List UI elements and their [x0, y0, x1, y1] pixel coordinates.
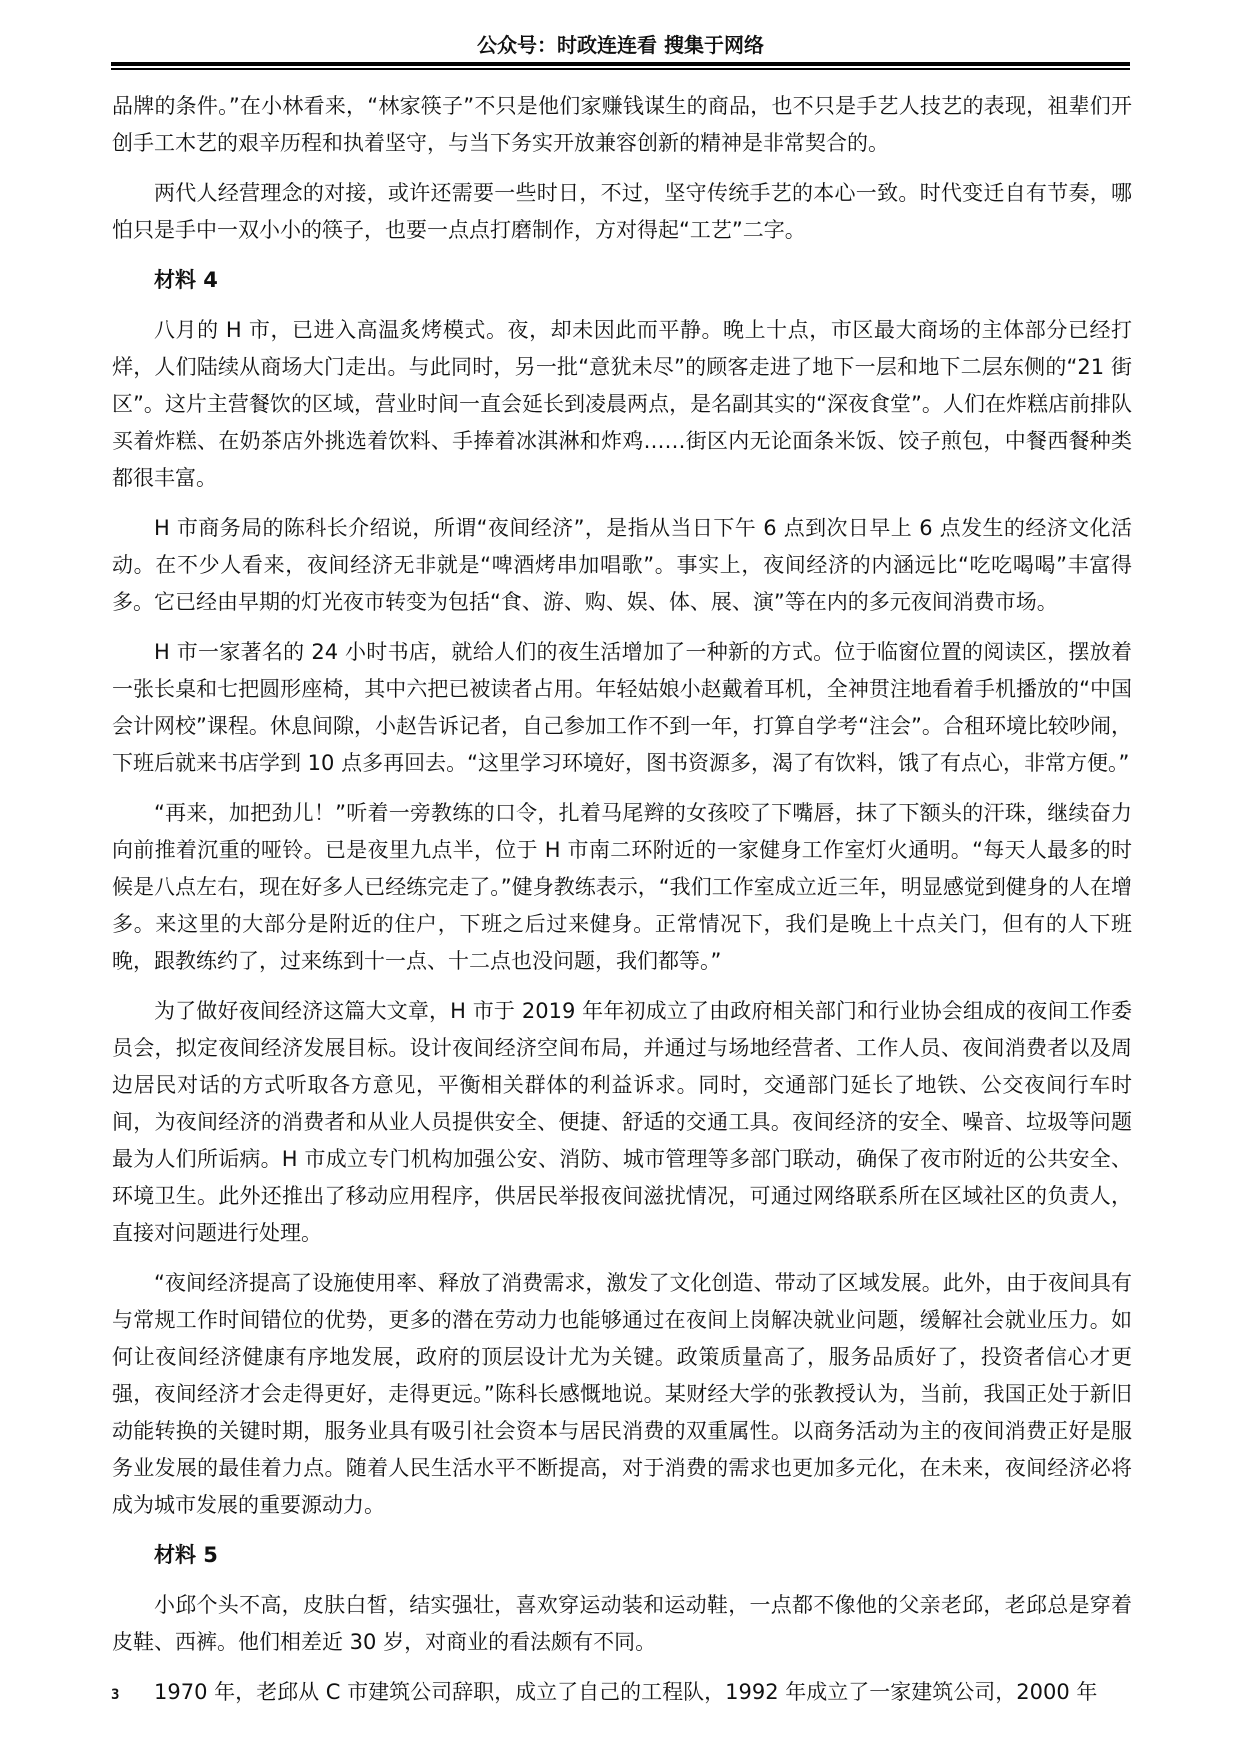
- paragraph: “再来，加把劲儿！”听着一旁教练的口令，扎着马尾辫的女孩咬了下嘴唇，抹了下额头的…: [112, 795, 1132, 980]
- document-page: 公众号：时政连连看 搜集于网络 品牌的条件。”在小林看来，“林家筷子”不只是他们…: [0, 0, 1240, 1754]
- header-title: 公众号：时政连连看 搜集于网络: [111, 33, 1130, 57]
- section-heading-material-5: 材料 5: [112, 1537, 1132, 1574]
- page-number: 3: [111, 1686, 119, 1704]
- header-rule-thin: [111, 68, 1130, 70]
- paragraph: 八月的 H 市，已进入高温炙烤模式。夜，却未因此而平静。晚上十点，市区最大商场的…: [112, 312, 1132, 497]
- paragraph: “夜间经济提高了设施使用率、释放了消费需求，激发了文化创造、带动了区域发展。此外…: [112, 1265, 1132, 1524]
- body-content: 品牌的条件。”在小林看来，“林家筷子”不只是他们家赚钱谋生的商品，也不只是手艺人…: [112, 88, 1132, 1724]
- header-rule-thick: [111, 62, 1130, 66]
- paragraph: 1970 年，老邱从 C 市建筑公司辞职，成立了自己的工程队，1992 年成立了…: [112, 1674, 1132, 1711]
- paragraph: 小邱个头不高，皮肤白皙，结实强壮，喜欢穿运动装和运动鞋，一点都不像他的父亲老邱，…: [112, 1587, 1132, 1661]
- header-double-rule: [111, 62, 1130, 70]
- paragraph: H 市一家著名的 24 小时书店，就给人们的夜生活增加了一种新的方式。位于临窗位…: [112, 634, 1132, 782]
- paragraph: 两代人经营理念的对接，或许还需要一些时日，不过，坚守传统手艺的本心一致。时代变迁…: [112, 175, 1132, 249]
- section-heading-material-4: 材料 4: [112, 262, 1132, 299]
- paragraph-continued: 品牌的条件。”在小林看来，“林家筷子”不只是他们家赚钱谋生的商品，也不只是手艺人…: [112, 88, 1132, 162]
- paragraph: H 市商务局的陈科长介绍说，所谓“夜间经济”，是指从当日下午 6 点到次日早上 …: [112, 510, 1132, 621]
- paragraph: 为了做好夜间经济这篇大文章，H 市于 2019 年年初成立了由政府相关部门和行业…: [112, 993, 1132, 1252]
